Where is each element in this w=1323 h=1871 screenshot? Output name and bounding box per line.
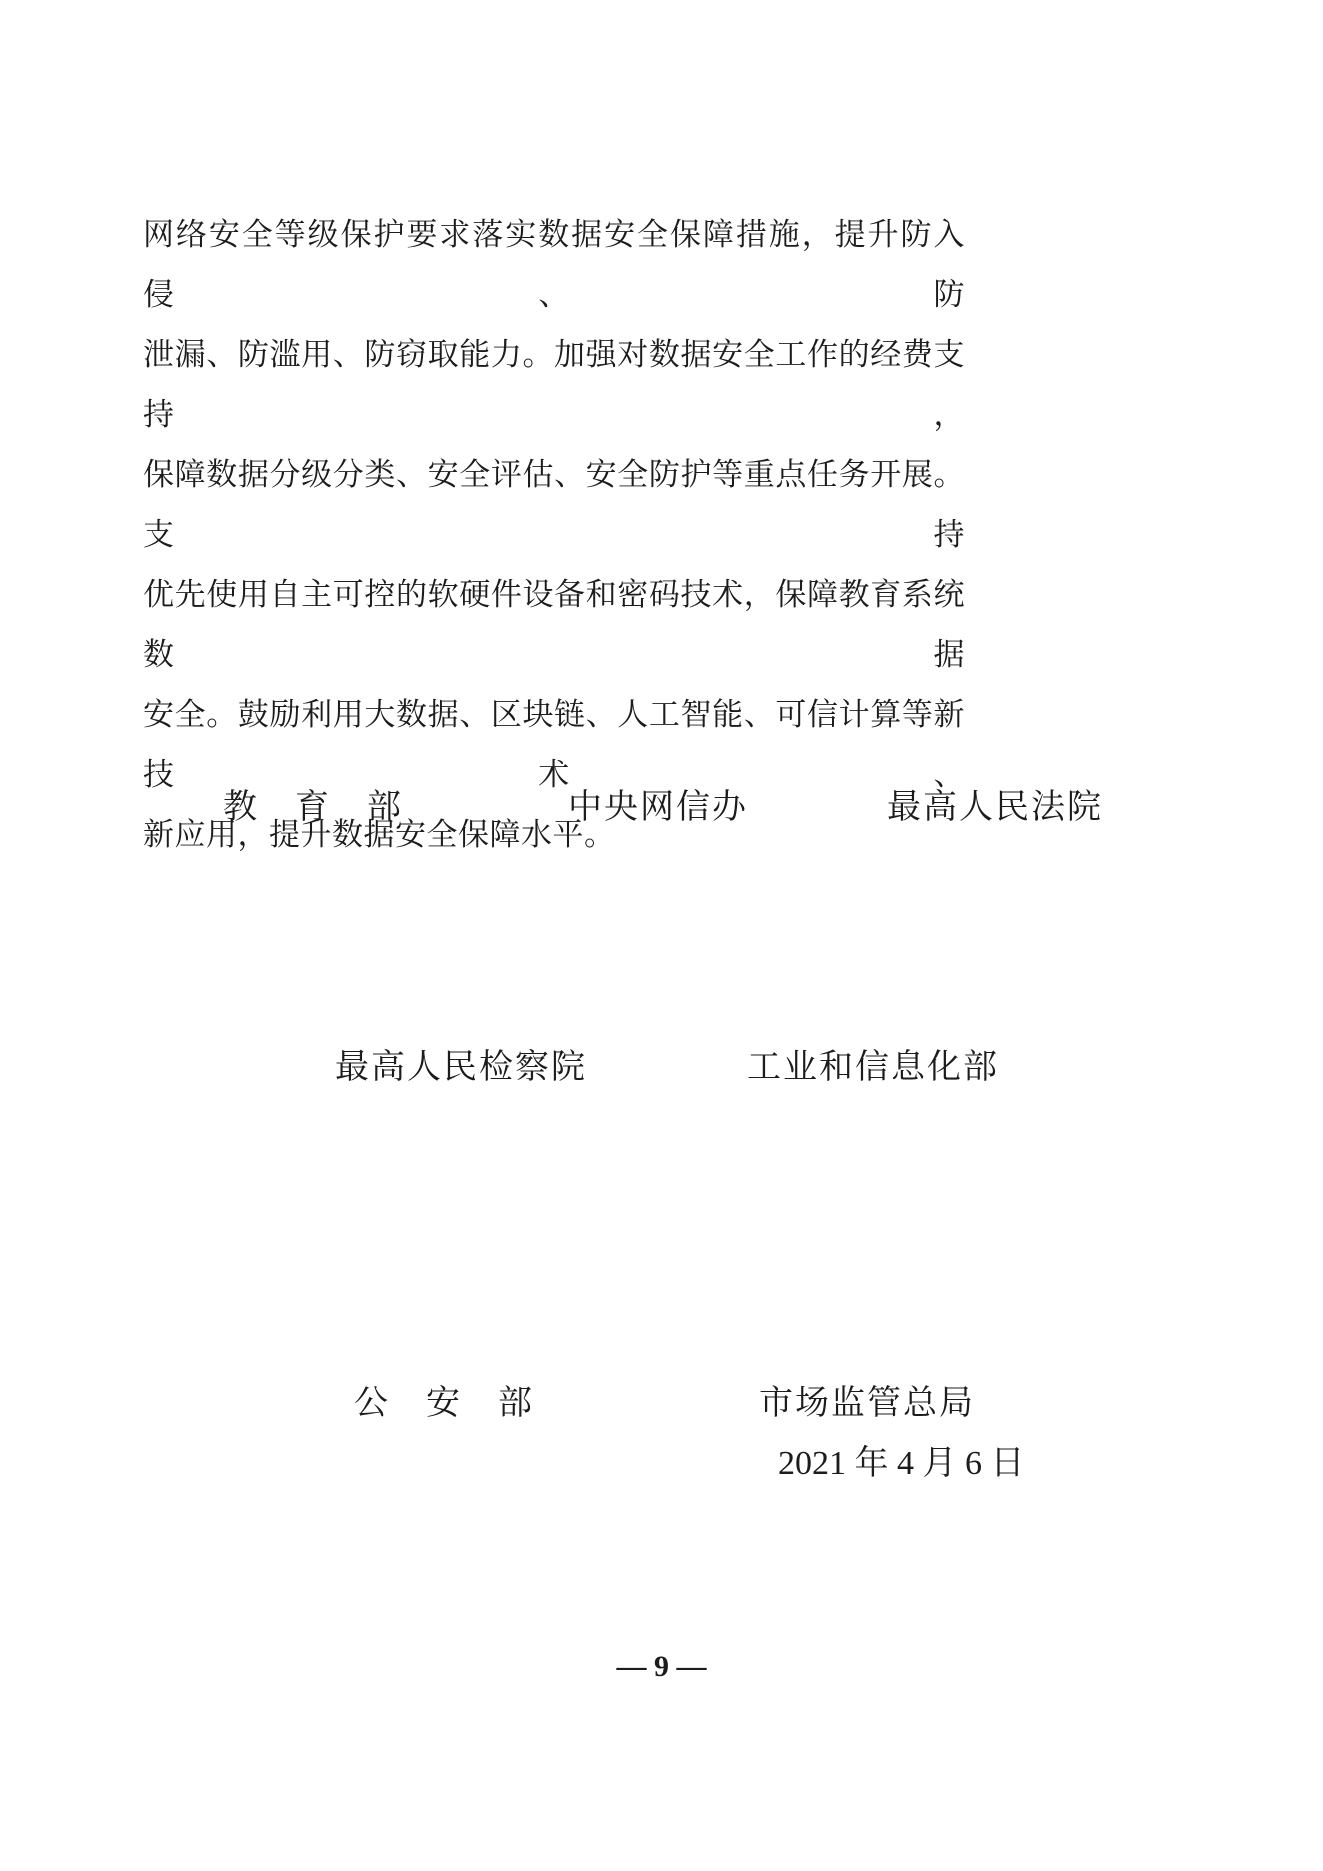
- paragraph-line-1: 网络安全等级保护要求落实数据安全保障措施，提升防入侵、防: [143, 205, 965, 325]
- signature-supreme-peoples-court: 最高人民法院: [887, 788, 1103, 828]
- paragraph-line-3: 保障数据分级分类、安全评估、安全防护等重点任务开展。支持: [143, 445, 965, 565]
- signature-cyberspace-administration: 中央网信办: [568, 788, 748, 828]
- signature-ministry-of-education: 教 育 部: [223, 788, 403, 828]
- paragraph-line-5: 安全。鼓励利用大数据、区块链、人工智能、可信计算等新技术、: [143, 685, 965, 805]
- signature-state-administration-for-market-regulation: 市场监管总局: [759, 1384, 975, 1424]
- body-paragraph: 网络安全等级保护要求落实数据安全保障措施，提升防入侵、防 泄漏、防滥用、防窃取能…: [143, 205, 965, 865]
- signature-supreme-peoples-procuratorate: 最高人民检察院: [335, 1048, 587, 1088]
- page-number: — 9 —: [0, 1650, 1323, 1684]
- paragraph-line-2: 泄漏、防滥用、防窃取能力。加强对数据安全工作的经费支持，: [143, 325, 965, 445]
- paragraph-line-4: 优先使用自主可控的软硬件设备和密码技术，保障教育系统数据: [143, 565, 965, 685]
- issue-date: 2021 年 4 月 6 日: [778, 1443, 1025, 1485]
- signature-ministry-of-industry-and-information-technology: 工业和信息化部: [747, 1048, 999, 1088]
- signature-ministry-of-public-security: 公 安 部: [354, 1384, 534, 1424]
- document-page: 网络安全等级保护要求落实数据安全保障措施，提升防入侵、防 泄漏、防滥用、防窃取能…: [0, 0, 1323, 1871]
